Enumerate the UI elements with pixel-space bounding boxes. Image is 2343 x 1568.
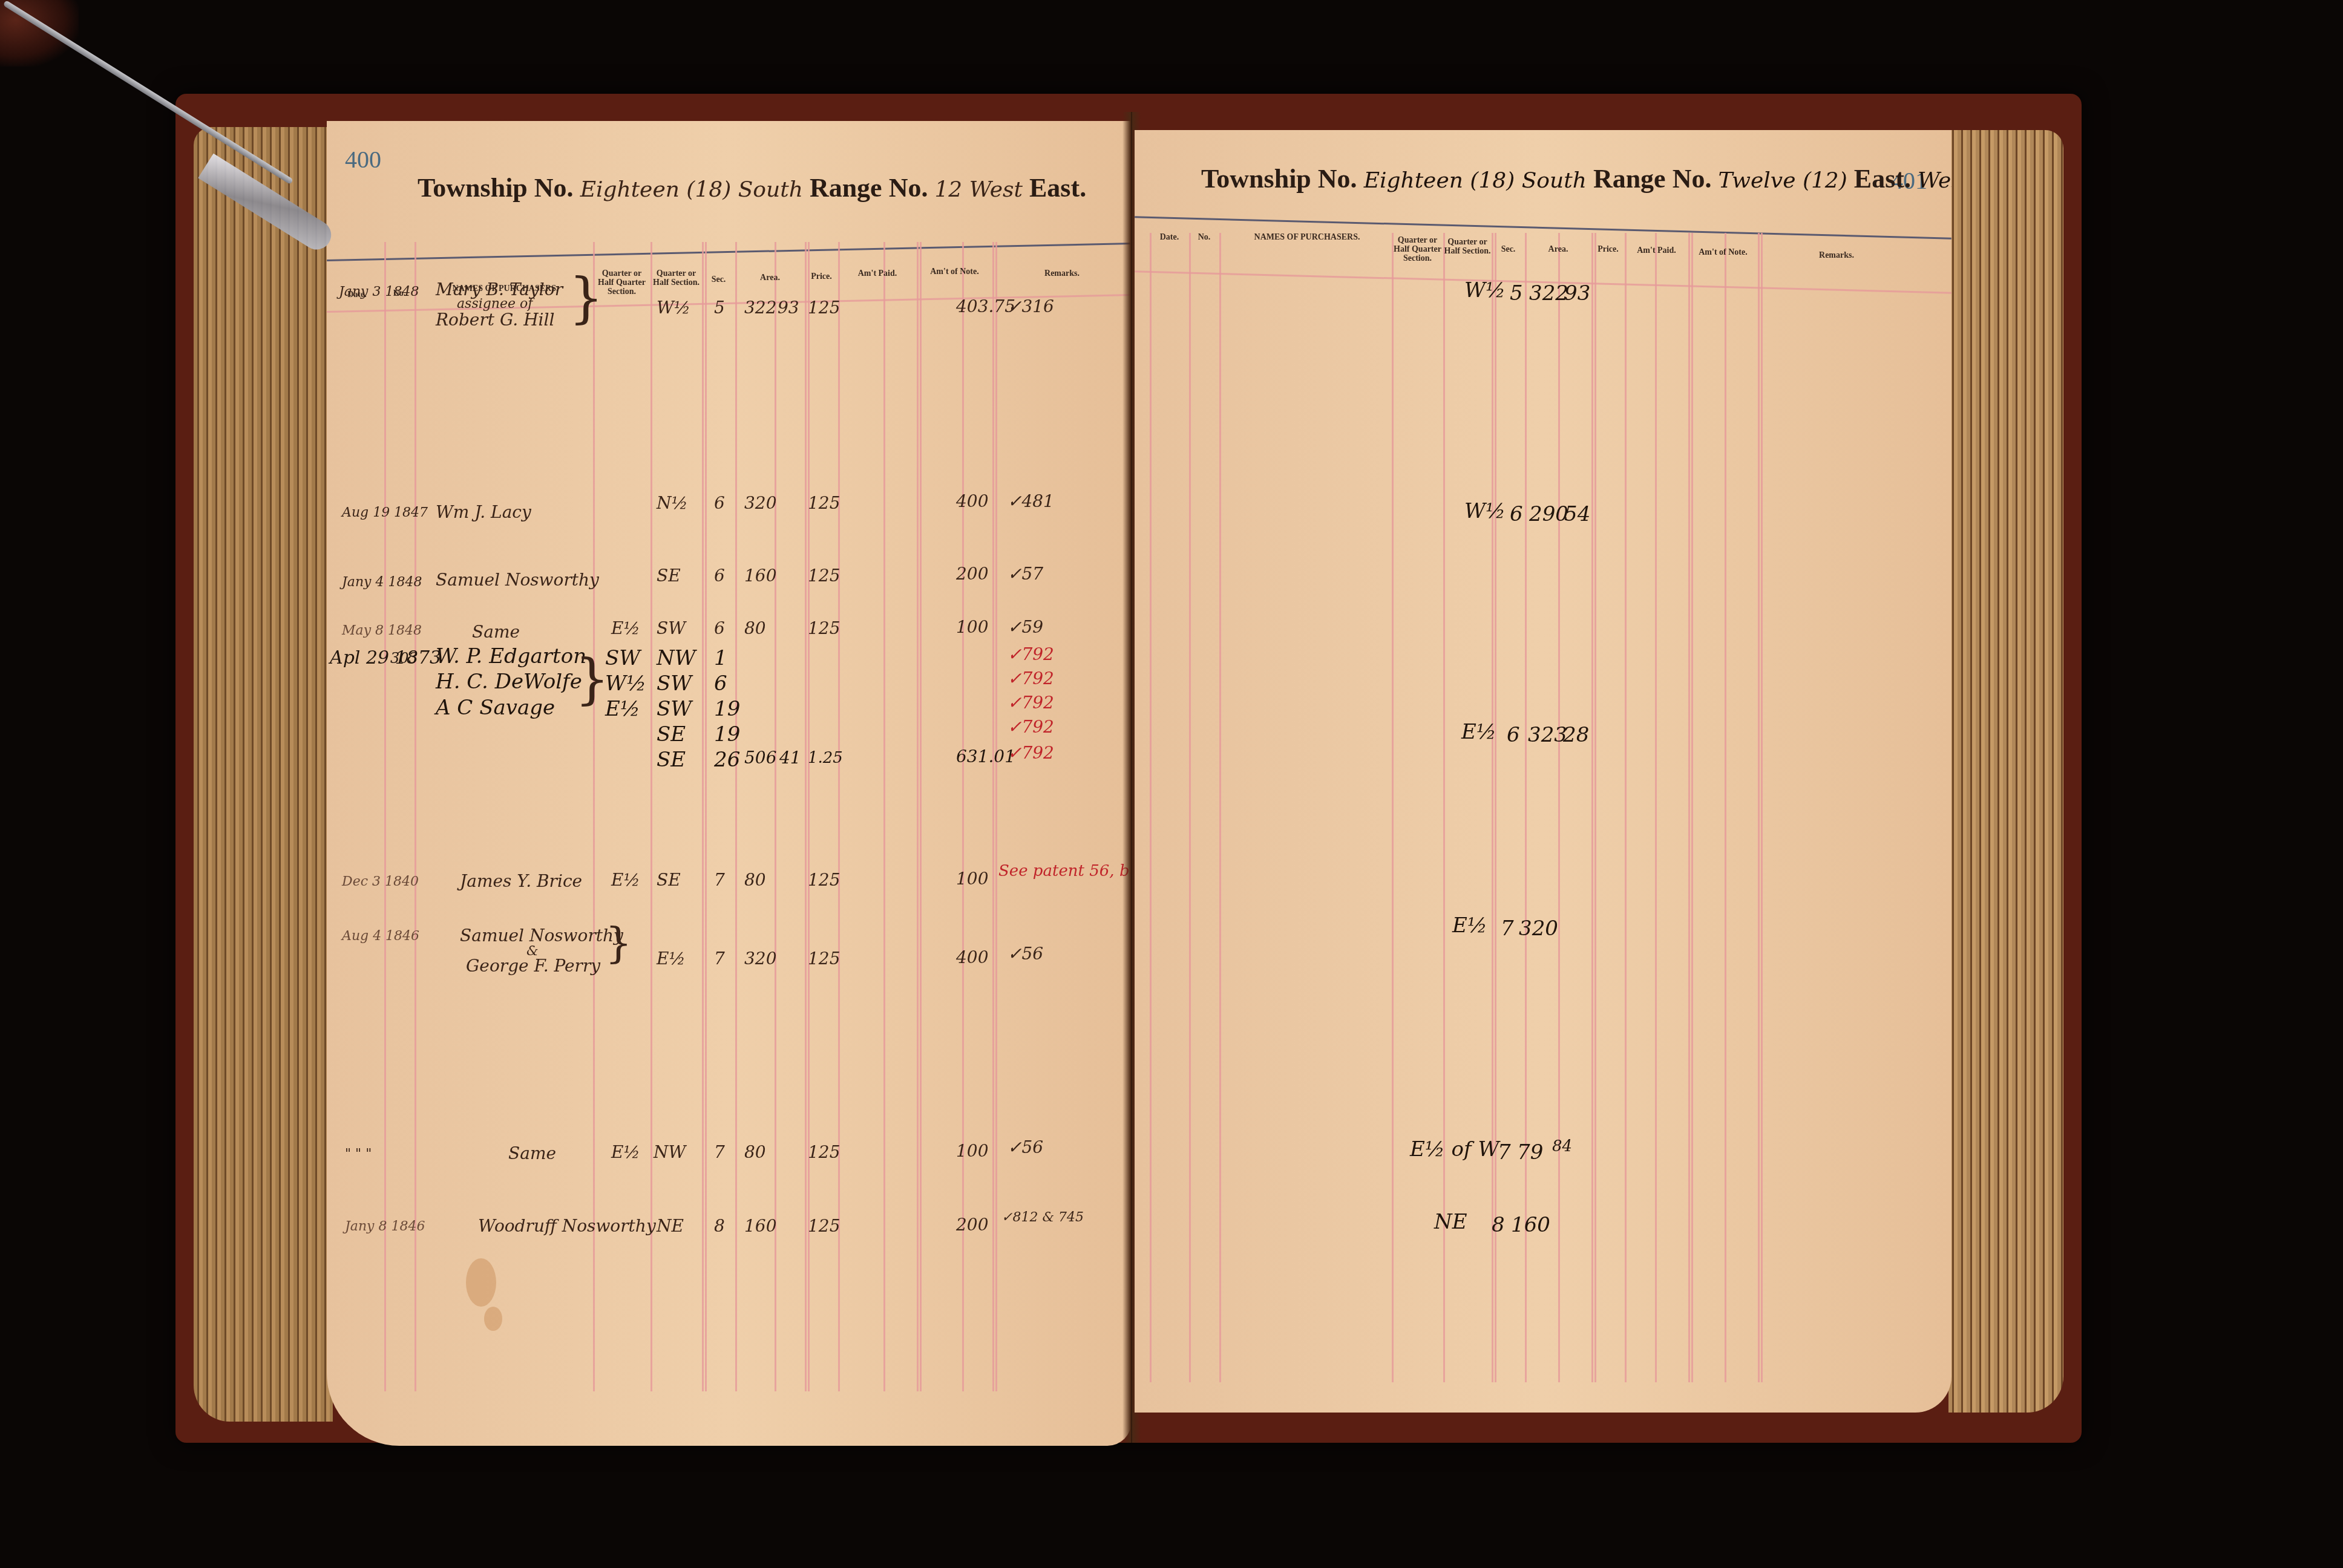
direction-handwritten: West bbox=[1918, 168, 1951, 193]
col-qh: Quarter or Half Section. bbox=[650, 269, 702, 287]
col-remarks: Remarks. bbox=[992, 269, 1132, 278]
red-remark: See patent 56, below bbox=[998, 862, 1132, 880]
page-title: Township No. Eighteen (18) South Range N… bbox=[418, 172, 1086, 203]
col-note: Am't of Note. bbox=[917, 267, 992, 276]
entry-date: Jany 3 1848 bbox=[339, 284, 419, 299]
spatula-tool bbox=[3, 0, 293, 185]
col-paid: Am't Paid. bbox=[1625, 246, 1688, 255]
col-names: NAMES OF PURCHASERS. bbox=[1225, 233, 1389, 242]
col-qhq: Quarter or Half Quarter Section. bbox=[1392, 236, 1443, 263]
col-sec: Sec. bbox=[702, 275, 735, 284]
col-date: Date. bbox=[1150, 233, 1189, 242]
right-page: 401 Township No. Eighteen (18) South Ran… bbox=[1135, 130, 1951, 1413]
col-note: Am't of Note. bbox=[1688, 248, 1758, 257]
entry-name: Robert G. Hill bbox=[436, 310, 554, 330]
right-fore-edge bbox=[1948, 130, 2063, 1413]
left-page: 400 Township No. Eighteen (18) South Ran… bbox=[327, 121, 1132, 1446]
range-value: Twelve (12) bbox=[1718, 168, 1847, 193]
township-value: Eighteen (18) South bbox=[1364, 168, 1587, 193]
header-rule bbox=[327, 243, 1132, 261]
col-sec: Sec. bbox=[1492, 245, 1525, 254]
col-paid: Am't Paid. bbox=[838, 269, 917, 278]
page-number: 400 bbox=[345, 145, 381, 174]
col-no: No. bbox=[1189, 233, 1219, 242]
range-value: 12 West bbox=[934, 177, 1023, 202]
col-price: Price. bbox=[1591, 245, 1625, 254]
col-area: Area. bbox=[1525, 245, 1591, 254]
left-fore-edge bbox=[194, 127, 333, 1422]
page-title: Township No. Eighteen (18) South Range N… bbox=[1201, 163, 1951, 194]
col-remarks: Remarks. bbox=[1758, 251, 1915, 260]
township-value: Eighteen (18) South bbox=[580, 177, 803, 202]
col-area: Area. bbox=[735, 273, 805, 283]
col-price: Price. bbox=[805, 272, 838, 281]
col-qh: Quarter or Half Section. bbox=[1443, 238, 1492, 256]
